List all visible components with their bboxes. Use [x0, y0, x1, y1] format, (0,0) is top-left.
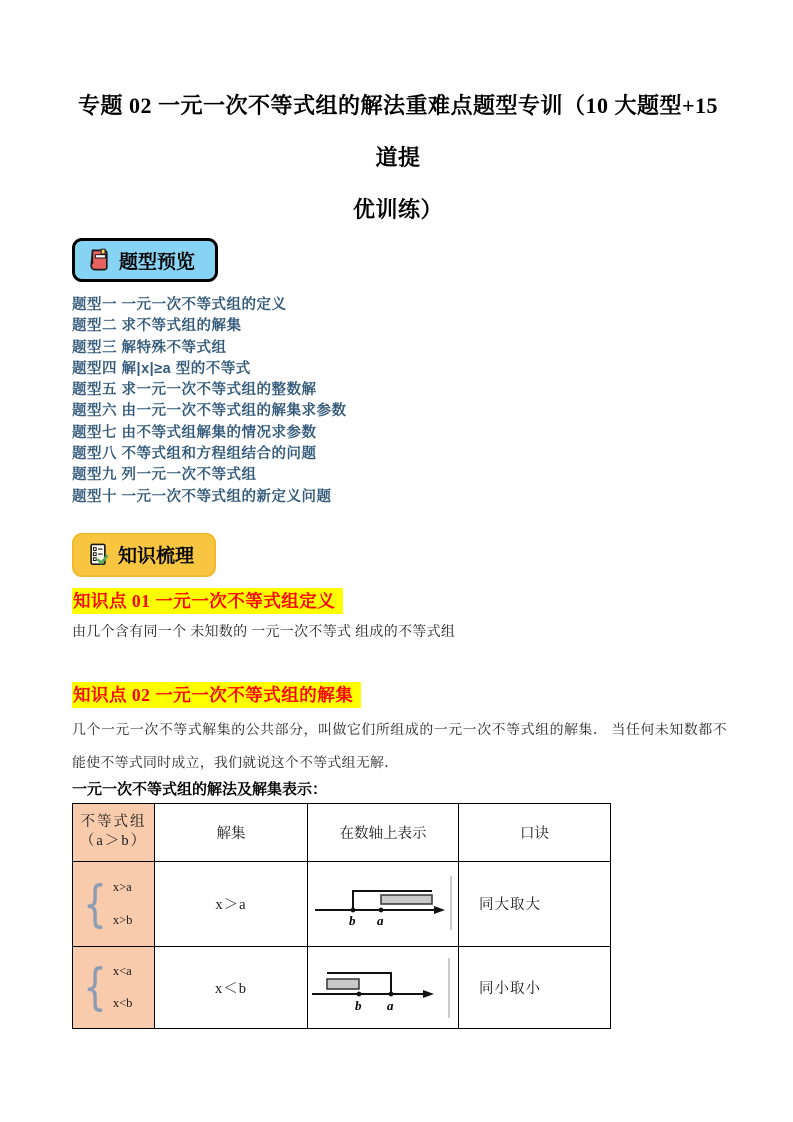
brace-glyph: {	[83, 879, 107, 929]
topic-list-item-2: 题型二 求不等式组的解集	[72, 316, 724, 337]
system-cell-less: { x<a x<b	[73, 946, 155, 1028]
knowledge-badge-label: 知识梳理	[118, 541, 194, 568]
table-row-less: { x<a x<b x＜b b a	[73, 946, 611, 1028]
red-book-icon	[88, 248, 110, 272]
brace-glyph: {	[83, 962, 107, 1012]
system-inequality-top: x<a	[113, 965, 133, 978]
table-row-greater: { x>a x>b x＞a b a	[73, 861, 611, 946]
diagram-cell-greater: b a	[308, 861, 459, 946]
knowledge-point-1-heading: 知识点 01 一元一次不等式组定义	[72, 588, 343, 614]
topic-preview-list: 题型一 一元一次不等式组的定义 题型二 求不等式组的解集 题型三 解特殊不等式组…	[72, 295, 724, 508]
diagram-cell-less: b a	[308, 946, 459, 1028]
mnemonic-cell-greater: 同大取大	[459, 861, 611, 946]
topic-list-item-4: 题型四 解|x|≥a 型的不等式	[72, 359, 724, 380]
axis-label-a: a	[387, 998, 394, 1013]
topic-list-item-8: 题型八 不等式组和方程组结合的问题	[72, 444, 724, 465]
table-caption: 一元一次不等式组的解法及解集表示：	[72, 780, 724, 800]
document-page: 专题 02 一元一次不等式组的解法重难点题型专训（10 大题型+15 道提 优训…	[0, 0, 793, 1122]
topic-list-item-9: 题型九 列一元一次不等式组	[72, 465, 724, 486]
system-cell-greater: { x>a x>b	[73, 861, 155, 946]
topic-list-item-3: 题型三 解特殊不等式组	[72, 338, 724, 359]
header-number-line: 在数轴上表示	[308, 803, 459, 861]
header-solution-set: 解集	[155, 803, 308, 861]
topic-list-item-6: 题型六 由一元一次不等式组的解集求参数	[72, 401, 724, 422]
topic-list-item-10: 题型十 一元一次不等式组的新定义问题	[72, 487, 724, 508]
solution-cell-less: x＜b	[155, 946, 308, 1028]
knowledge-point-2-heading: 知识点 02 一元一次不等式组的解集	[72, 682, 361, 708]
knowledge-point-2-body: 几个一元一次不等式解集的公共部分，叫做它们所组成的一元一次不等式组的解集． 当任…	[72, 714, 727, 780]
system-inequality-bottom: x>b	[113, 914, 133, 927]
clipboard-check-icon	[87, 543, 109, 567]
header-mnemonic: 口诀	[459, 803, 611, 861]
mnemonic-cell-less: 同小取小	[459, 946, 611, 1028]
knowledge-section-badge: 知识梳理	[72, 533, 216, 577]
header-inequality-system: 不等式组 （a＞b）	[73, 803, 155, 861]
number-line-diagram-less: b a	[309, 952, 457, 1022]
title-line-2: 优训练）	[72, 184, 724, 236]
document-title: 专题 02 一元一次不等式组的解法重难点题型专训（10 大题型+15 道提 优训…	[72, 80, 724, 236]
number-line-diagram-greater: b a	[309, 872, 457, 936]
inequality-solution-table: 不等式组 （a＞b） 解集 在数轴上表示 口诀 { x>a x>b x＞a	[72, 803, 611, 1029]
axis-label-a: a	[377, 913, 384, 928]
system-inequality-bottom: x<b	[113, 997, 133, 1010]
topic-list-item-7: 题型七 由不等式组解集的情况求参数	[72, 423, 724, 444]
axis-label-b: b	[349, 913, 356, 928]
preview-section-badge: 题型预览	[72, 238, 218, 282]
title-line-1: 专题 02 一元一次不等式组的解法重难点题型专训（10 大题型+15 道提	[72, 80, 724, 184]
table-header-row: 不等式组 （a＞b） 解集 在数轴上表示 口诀	[73, 803, 611, 861]
preview-badge-label: 题型预览	[119, 247, 195, 274]
topic-list-item-5: 题型五 求一元一次不等式组的整数解	[72, 380, 724, 401]
topic-list-item-1: 题型一 一元一次不等式组的定义	[72, 295, 724, 316]
knowledge-point-1-body: 由几个含有同一个 未知数的 一元一次不等式 组成的不等式组	[72, 623, 724, 643]
axis-label-b: b	[355, 998, 362, 1013]
solution-cell-greater: x＞a	[155, 861, 308, 946]
system-inequality-top: x>a	[113, 881, 133, 894]
